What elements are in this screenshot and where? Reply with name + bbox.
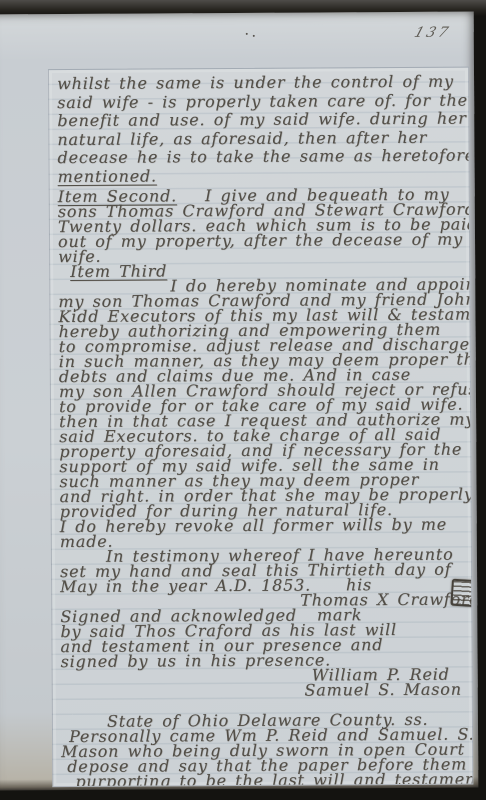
seal-icon [450,579,473,608]
manuscript-line-text: mentioned. [58,166,157,186]
manuscript-line: and right. in order that she may be prop… [60,484,471,502]
manuscript-line: out of my property, after the decease of… [58,229,469,247]
manuscript-text: whilst the same is under the control of … [57,73,472,787]
manuscript-line-text: signed by us in his presence. [61,650,332,671]
manuscript-line: set my hand and seal this Thirtieth day … [60,559,471,577]
manuscript-line: decease he is to take the same as hereto… [57,147,468,168]
manuscript-line: Samuel S. Mason [61,679,472,697]
manuscript-line-text: I do hereby revoke all former wills by m… [60,514,447,535]
page-number: 137 [412,25,453,41]
manuscript-line: I do hereby revoke all former wills by m… [60,514,471,532]
document-sheet: whilst the same is under the control of … [48,67,473,788]
manuscript-line-text: Samuel S. Mason [304,679,461,699]
manuscript-line-text: decease he is to take the same as hereto… [57,146,473,168]
manuscript-line-text: purporting to be the last will and testa… [75,769,473,787]
ink-dots [246,33,256,37]
manuscript-line: purporting to be the last will and testa… [61,769,472,787]
ledger-page: 137 whilst the same is under the control… [0,12,478,791]
manuscript-line: mentioned. [58,166,469,187]
manuscript-line-text: out of my property, after the decease of… [58,229,473,251]
manuscript-line-text: Item Third [70,261,167,281]
manuscript-line-text: May in the year A.D. 1853. [60,575,311,596]
